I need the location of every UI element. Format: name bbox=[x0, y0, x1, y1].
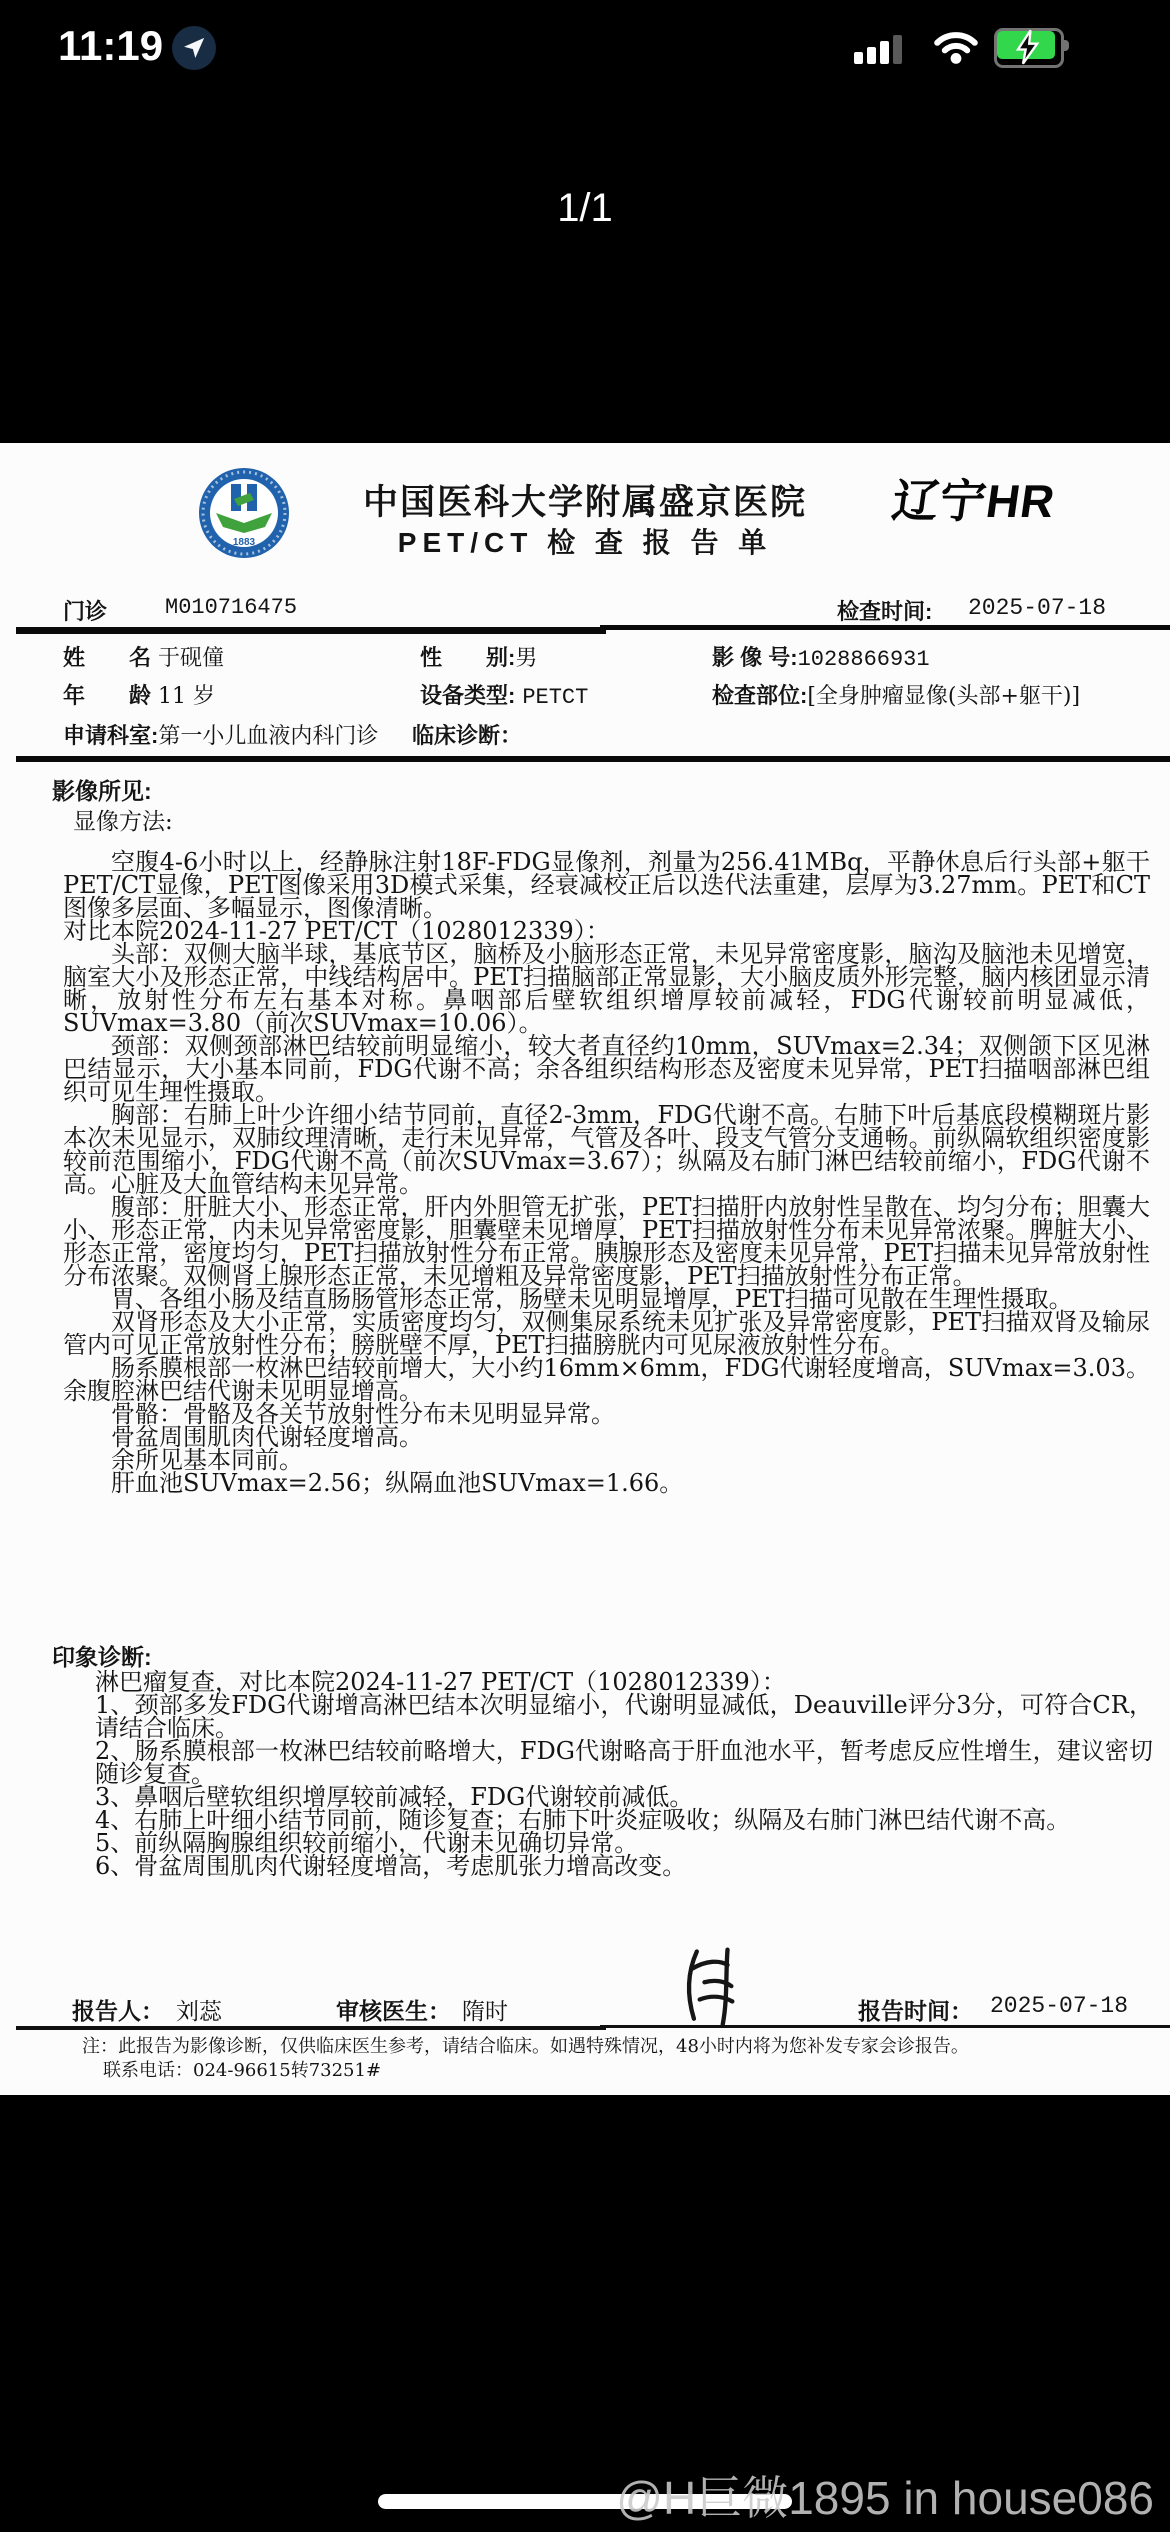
patient-row-3: 申请科室:第一小儿血液内科门诊 临床诊断： bbox=[0, 719, 1170, 753]
findings-paragraph: 肝血池SUVmax=2.56；纵隔血池SUVmax=1.66。 bbox=[63, 1472, 1150, 1495]
patient-age: 11 岁 bbox=[158, 684, 215, 709]
impression-item: 6、骨盆周围肌肉代谢轻度增高，考虑肌张力增高改变。 bbox=[95, 1855, 1153, 1878]
liaoning-hr-logo: 辽宁HR bbox=[888, 465, 1060, 531]
patient-sex: 男 bbox=[515, 646, 537, 671]
exam-part-label: 检查部位: bbox=[712, 683, 807, 708]
impression-item: 1、颈部多发FDG代谢增高淋巴结本次明显缩小，代谢明显减低，Deauville评… bbox=[95, 1694, 1153, 1740]
device-type: PETCT bbox=[522, 685, 588, 710]
exam-time-label: 检查时间: bbox=[837, 595, 932, 626]
exam-time-value: 2025-07-18 bbox=[968, 595, 1106, 621]
patient-row-1: 姓 名 于砚僮 性 别:男 影 像 号:1028866931 bbox=[0, 641, 1170, 675]
age-label: 年 龄 bbox=[63, 683, 151, 708]
findings-paragraph: 颈部：双侧颈部淋巴结较前明显缩小，较大者直径约10mm，SUVmax=2.34；… bbox=[63, 1035, 1150, 1104]
image-no-label: 影 像 号: bbox=[712, 645, 798, 670]
findings-paragraph: 头部：双侧大脑半球，基底节区，脑桥及小脑形态正常，未见异常密度影，脑沟及脑池未见… bbox=[63, 943, 1150, 1035]
findings-paragraph: 胸部：右肺上叶少许细小结节同前，直径2-3mm，FDG代谢不高。右肺下叶后基底段… bbox=[63, 1104, 1150, 1196]
watermark-text: @H巨微1895 in house086 bbox=[616, 2462, 1154, 2528]
visit-number: M010716475 bbox=[165, 595, 297, 620]
phone-screen: 11:19 1/1 bbox=[0, 0, 1170, 2532]
findings-section-title: 影像所见: bbox=[52, 773, 152, 806]
visit-row: 门诊 M010716475 检查时间: 2025-07-18 bbox=[0, 595, 1170, 627]
image-no: 1028866931 bbox=[798, 647, 930, 672]
patient-row-2: 年 龄 11 岁 设备类型: PETCT 检查部位:[全身肿瘤显像(头部+躯干)… bbox=[0, 679, 1170, 713]
patient-name: 于砚僮 bbox=[158, 646, 224, 671]
clinical-dx-label: 临床诊断： bbox=[412, 723, 522, 748]
divider bbox=[16, 2026, 606, 2030]
name-label: 姓 名 bbox=[63, 645, 151, 670]
method-title: 显像方法: bbox=[73, 803, 173, 836]
findings-paragraph: 双肾形态及大小正常，实质密度均匀，双侧集尿系统未见扩张及异常密度影，PET扫描双… bbox=[63, 1311, 1150, 1357]
reviewer-name: 隋时 bbox=[462, 1993, 508, 2026]
sex-label: 性 别: bbox=[420, 645, 515, 670]
report-time-label: 报告时间： bbox=[858, 1993, 973, 2026]
page-indicator: 1/1 bbox=[0, 186, 1170, 231]
document-page[interactable]: 1883 中国医科大学附属盛京医院 PET/CT 检 查 报 告 单 辽宁HR … bbox=[0, 443, 1170, 2095]
location-services-icon bbox=[172, 26, 216, 70]
reporter-name: 刘蕊 bbox=[176, 1993, 222, 2026]
divider bbox=[600, 625, 1170, 630]
reviewer-label: 审核医生： bbox=[336, 1993, 451, 2026]
wifi-icon bbox=[932, 28, 980, 69]
visit-type-label: 门诊 bbox=[63, 595, 107, 626]
cellular-signal-icon bbox=[854, 30, 916, 64]
divider bbox=[16, 627, 606, 634]
exam-part: [全身肿瘤显像(头部+躯干)] bbox=[807, 684, 1080, 709]
findings-paragraph: 肠系膜根部一枚淋巴结较前增大，大小约16mm×6mm，FDG代谢轻度增高，SUV… bbox=[63, 1357, 1150, 1403]
report-time-value: 2025-07-18 bbox=[990, 1993, 1128, 2019]
divider bbox=[600, 2025, 1170, 2028]
navigation-arrow-icon bbox=[181, 35, 207, 61]
footnote-line2: 联系电话：024-96615转73251# bbox=[103, 2056, 1103, 2082]
divider bbox=[16, 756, 1170, 762]
findings-paragraphs: 空腹4-6小时以上，经静脉注射18F-FDG显像剂，剂量为256.41MBq，平… bbox=[63, 851, 1150, 1495]
clock: 11:19 bbox=[58, 22, 163, 70]
footnote-line1: 注：此报告为影像诊断，仅供临床医生参考，请结合临床。如遇特殊情况，48小时内将为… bbox=[82, 2037, 1152, 2056]
dept-label: 申请科室: bbox=[63, 723, 158, 748]
device-label: 设备类型: bbox=[420, 683, 515, 708]
impression-block: 淋巴瘤复查，对比本院2024-11-27 PET/CT（1028012339）：… bbox=[95, 1671, 1153, 1878]
reporter-label: 报告人： bbox=[72, 1993, 164, 2026]
impression-item: 2、肠系膜根部一枚淋巴结较前略增大，FDG代谢略高于肝血池水平，暂考虑反应性增生… bbox=[95, 1740, 1153, 1786]
status-bar: 11:19 bbox=[0, 0, 1170, 100]
request-dept: 第一小儿血液内科门诊 bbox=[158, 724, 378, 749]
findings-paragraph: 空腹4-6小时以上，经静脉注射18F-FDG显像剂，剂量为256.41MBq，平… bbox=[63, 851, 1150, 920]
impression-items: 1、颈部多发FDG代谢增高淋巴结本次明显缩小，代谢明显减低，Deauville评… bbox=[95, 1694, 1153, 1878]
battery-charging-icon bbox=[994, 28, 1072, 66]
findings-paragraph: 腹部：肝脏大小、形态正常，肝内外胆管无扩张，PET扫描肝内放射性呈散在、均匀分布… bbox=[63, 1196, 1150, 1288]
